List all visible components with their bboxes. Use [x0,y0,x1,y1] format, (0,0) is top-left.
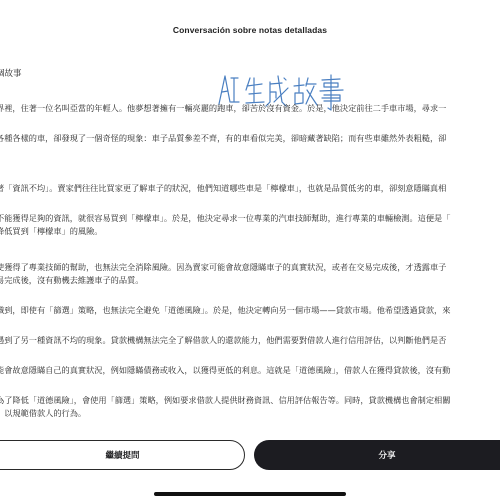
story-heading: 個故事 [0,67,22,79]
story-line: 各種各樣的車，卻發現了一個奇怪的現象：車子品質參差不齊，有的車看似完美，卻暗藏著… [0,133,446,143]
story-line: 遇到了另一種資訊不均的現象。貸款機構無法完全了解借款人的還款能力，他們需要對借款… [0,335,446,345]
continue-asking-button[interactable]: 繼續提問 [0,440,245,470]
story-line: ，以規範借款人的行為。 [0,408,86,418]
share-button[interactable]: 分享 [254,440,500,470]
story-line: 不能獲得足夠的資訊，就很容易買到「檸檬車」。於是，他決定尋求一位專業的汽車技師幫… [0,213,450,223]
story-line: 能會故意隱瞞自己的真實狀況，例如隱瞞債務或收入，以獲得更低的利息。這就是「道德風… [0,365,450,375]
story-line: 界裡，住著一位名叫亞當的年輕人。他夢想著擁有一輛亮麗的跑車，卻苦於沒有資金。於是… [0,103,446,113]
story-line: 識到，即使有「篩選」策略，也無法完全避免「道德風險」。於是，他決定轉向另一個市場… [0,305,450,315]
continue-asking-label: 繼續提問 [105,449,139,461]
story-content: 個故事 AI 生成故事 界裡，住著一位名叫亞當的年輕人。他夢想著擁有一輛亮麗的跑… [0,0,500,420]
story-line: 降低買到「檸檬車」的風險。 [0,226,102,236]
story-line: 易完成後，沒有動機去維護車子的品質。 [0,275,143,285]
story-line: 著「資訊不均」。賣家們往往比買家更了解車子的狀況，他們知道哪些車是「檸檬車」，也… [0,183,446,193]
story-line: 為了降低「道德風險」，會使用「篩選」策略，例如要求借款人提供財務資訊、信用評估報… [0,395,450,405]
story-line: 使獲得了專業技師的幫助，也無法完全消除風險。因為賣家可能會故意隱瞞車子的真實狀況… [0,262,446,272]
home-indicator[interactable] [154,492,346,496]
share-label: 分享 [378,449,395,461]
